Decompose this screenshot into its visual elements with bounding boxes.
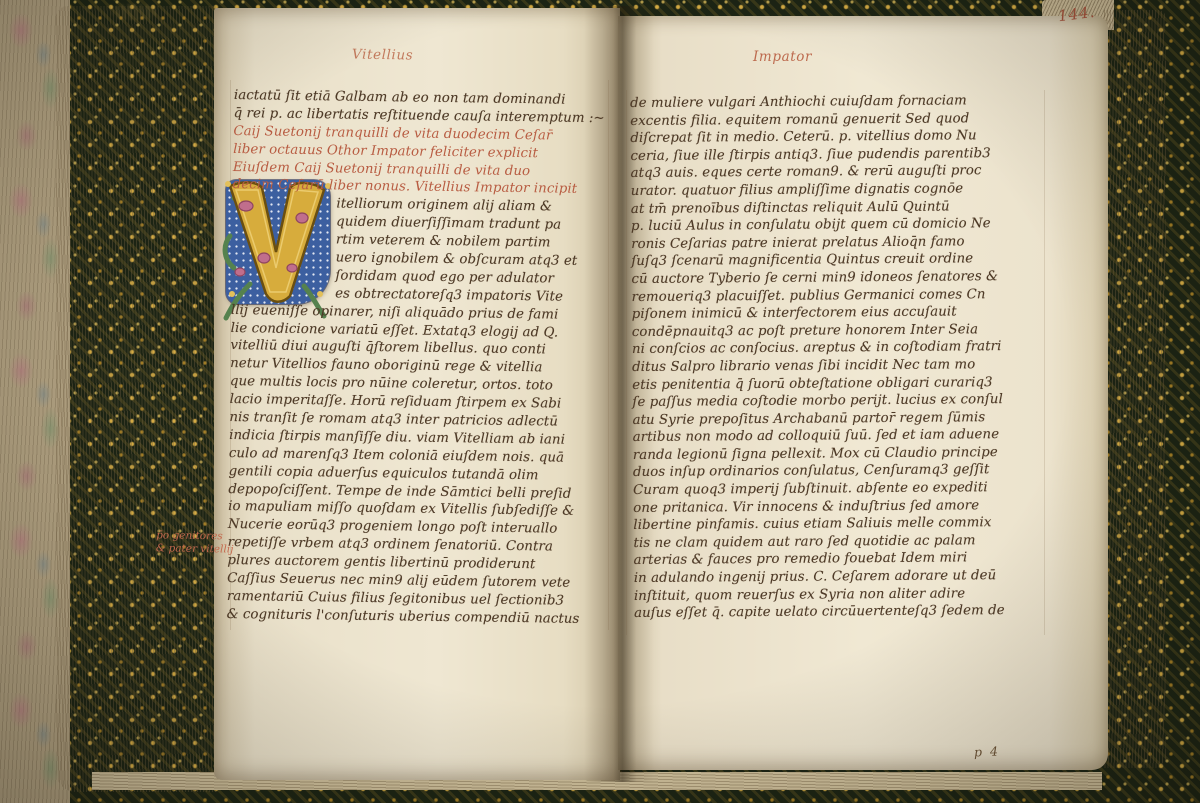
- running-header-right: Impator: [753, 49, 812, 65]
- open-manuscript-book: Vitellius Impator 144.: [0, 0, 1200, 803]
- right-page-edge-stack: [1104, 10, 1166, 768]
- text-line: auſus eſſet q̄. capite uelato circūuerte…: [634, 603, 1046, 624]
- right-page-text: de muliere vulgari Anthiochi cuiuſdam fo…: [630, 93, 1046, 624]
- margin-note: p̄o genitores & pater vitellij: [156, 529, 248, 557]
- left-page-text: iactatū ſit etiā Galbam ab eo non tam do…: [227, 88, 606, 630]
- left-page-edge-stack: [56, 6, 218, 792]
- margin-note-line: & pater vitellij: [156, 542, 248, 557]
- running-header-left: Vitellius: [352, 46, 414, 63]
- quire-mark: p 4: [974, 744, 1000, 760]
- faint-inscription: [112, 4, 156, 20]
- ruling-line: [608, 80, 609, 630]
- ruling-line: [626, 90, 627, 635]
